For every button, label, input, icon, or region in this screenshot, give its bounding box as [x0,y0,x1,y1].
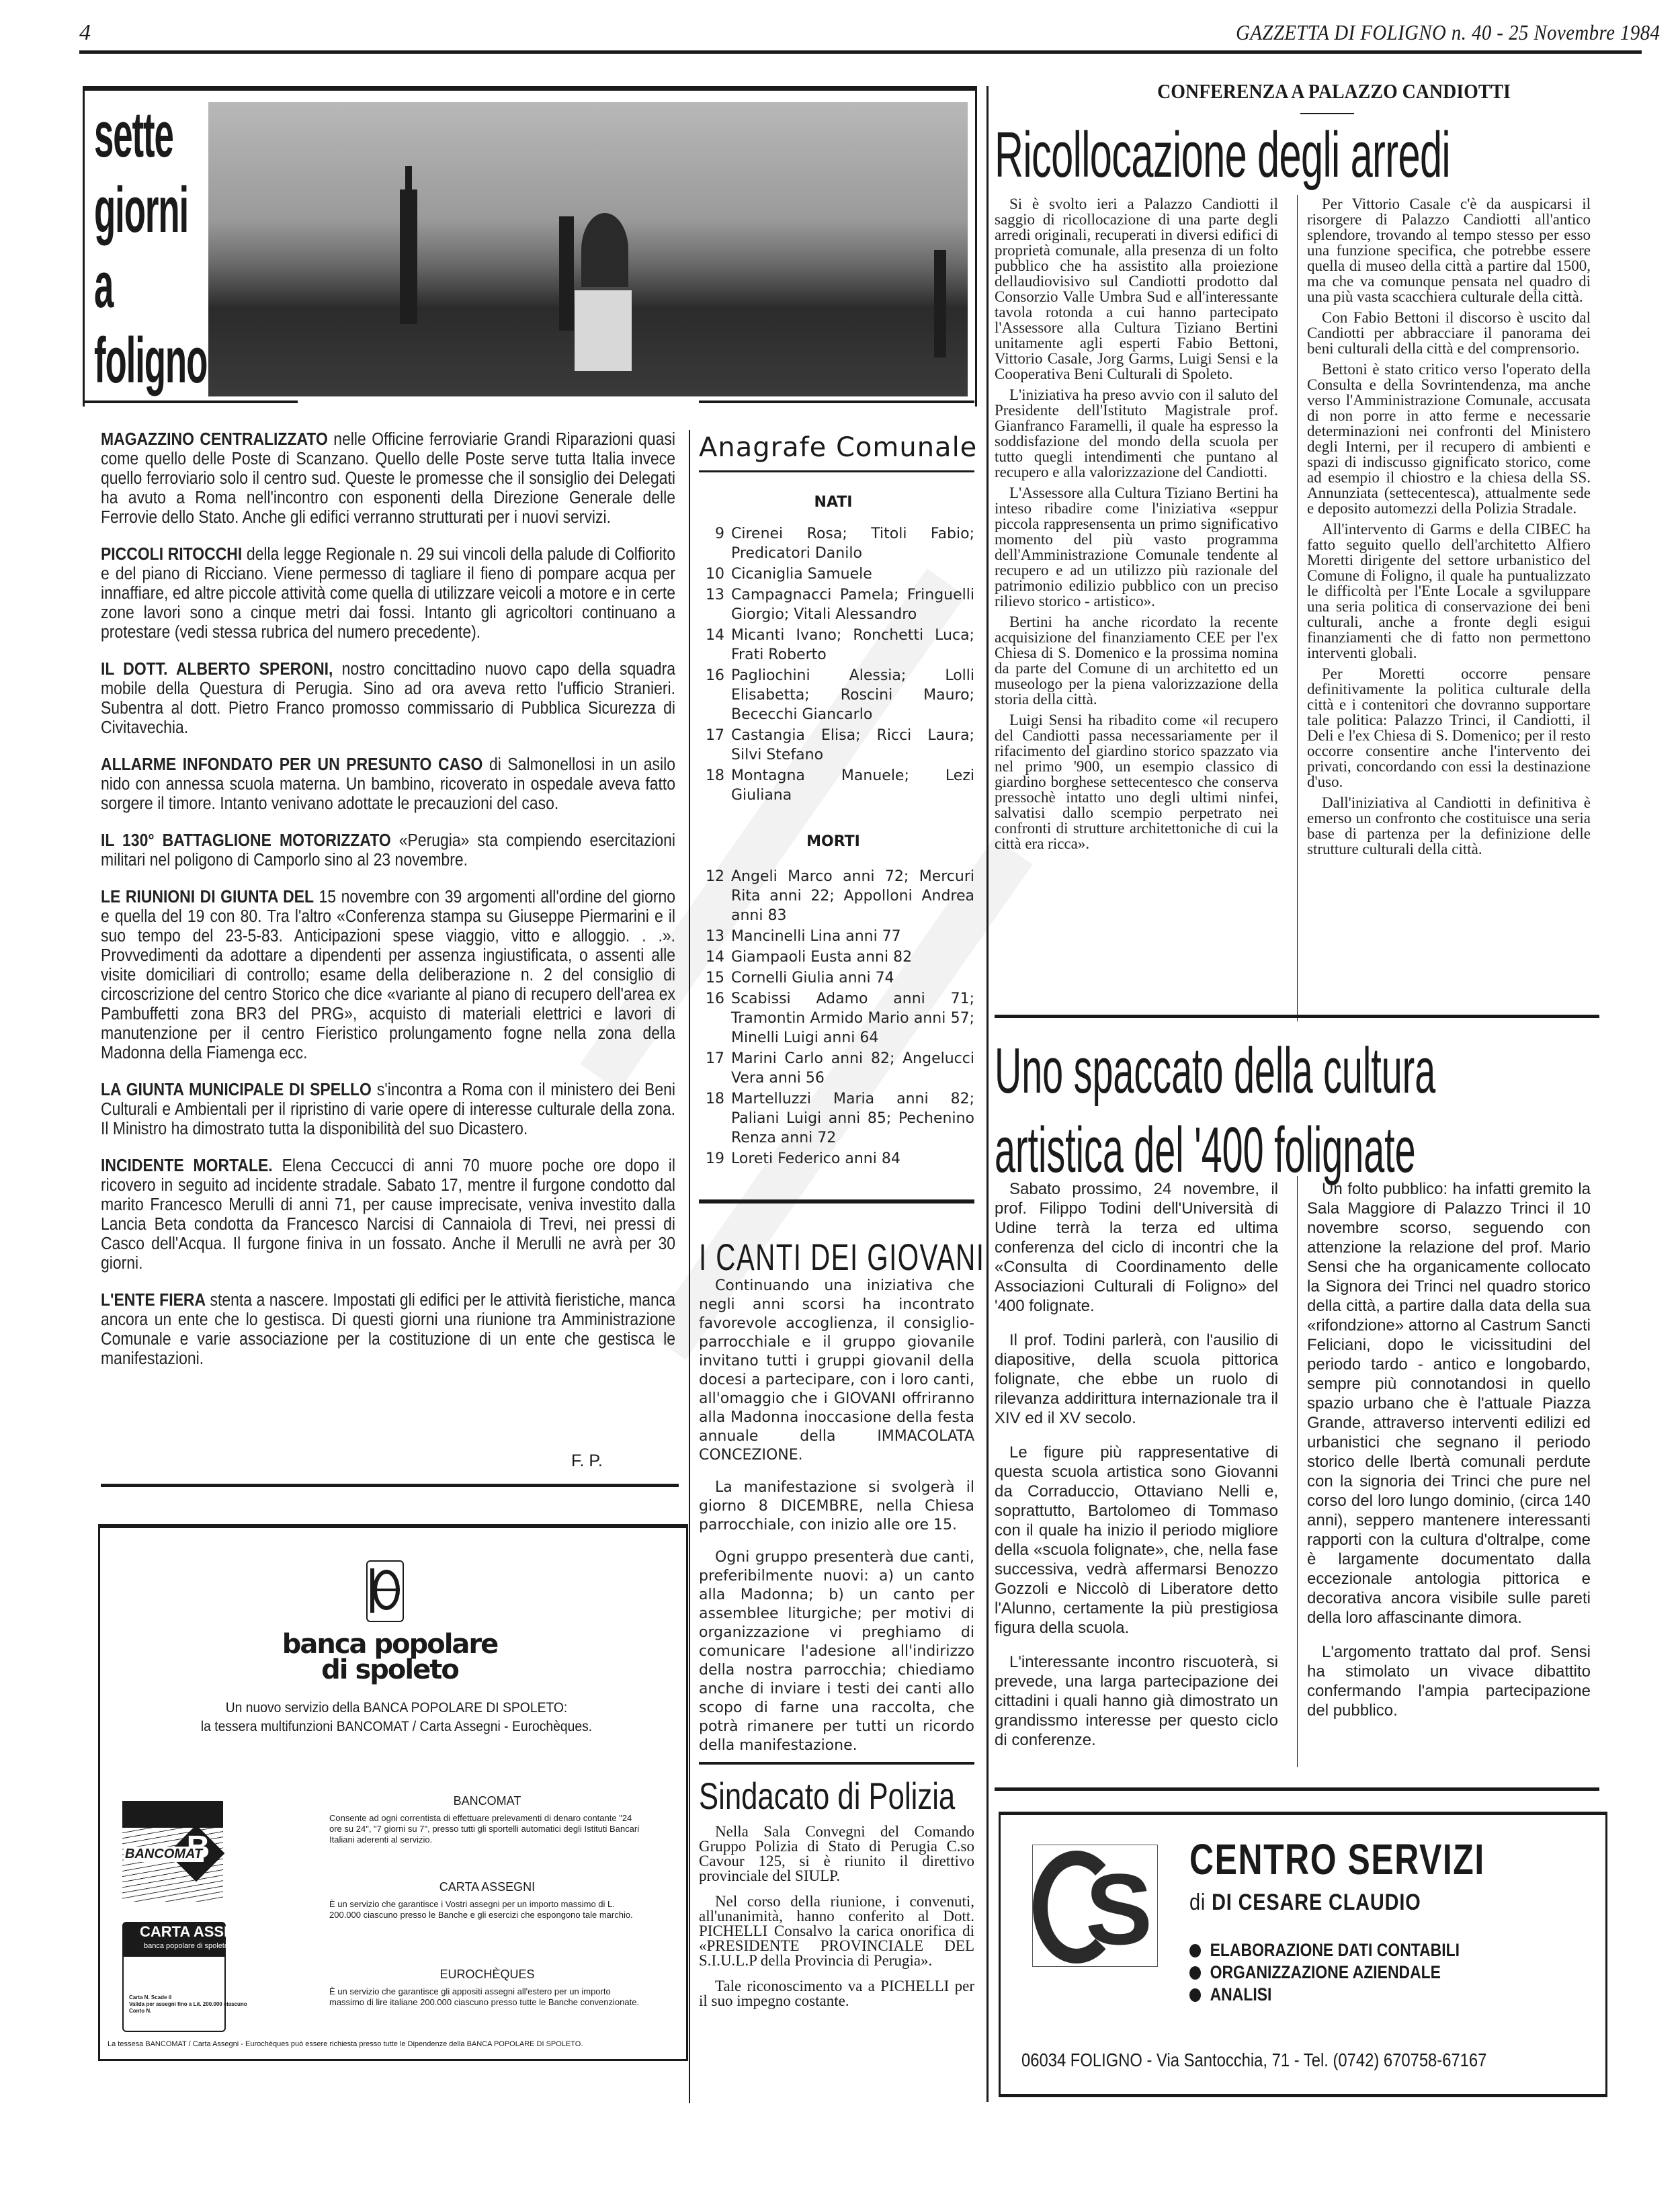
box-rule [83,400,298,403]
list-item: 15Cornelli Giulia anni 74 [699,968,974,988]
list-item: 12Angeli Marco anni 72; Mercuri Rita ann… [699,867,974,925]
publication-dateline: GAZZETTA DI FOLIGNO n. 40 - 25 Novembre … [1236,20,1660,45]
card-band [122,1801,223,1828]
morti-heading: MORTI [692,833,974,850]
arredi-col-2: Per Vittorio Casale c'è da auspicarsi il… [1307,196,1591,862]
bank-name: banca popolare di spoleto [202,1632,578,1683]
list-item: 9Cirenei Rosa; Titoli Fabio; Predicatori… [699,524,974,563]
arredi-col-1: Si è svolto ieri a Palazzo Candiotti il … [995,196,1278,857]
list-item: 18Martelluzzi Maria anni 82; Paliani Lui… [699,1089,974,1148]
list-item: ELABORAZIONE DATI CONTABILI [1189,1939,1460,1961]
list-item: 17Marini Carlo anni 82; Angelucci Vera a… [699,1049,974,1088]
bank-footer-text: La tessesa BANCOMAT / Carta Assegni - Eu… [108,2040,679,2048]
list-item: 14Giampaoli Eusta anni 82 [699,947,974,967]
nati-heading: NATI [692,494,974,511]
cs-services-list: ELABORAZIONE DATI CONTABILI ORGANIZZAZIO… [1189,1939,1460,2006]
box-rule [699,400,974,403]
cs-title: CENTRO SERVIZI [1189,1834,1485,1884]
section-rule [995,1787,1599,1791]
spaccato-col-2: Un folto pubblico: ha infatti gremito la… [1307,1179,1591,1735]
section-rule [995,1015,1599,1018]
news-item: IL 130° BATTAGLIONE MOTORIZZATO «Perugia… [101,831,675,870]
page-number: 4 [79,20,91,46]
news-item: MAGAZZINO CENTRALIZZATO nelle Officine f… [101,430,675,527]
bank-section-carta-assegni: CARTA ASSEGNIÈ un servizio che garantisc… [329,1882,645,1920]
list-item: 16Pagliochini Alessia; Lolli Elisabetta;… [699,666,974,724]
bullet-icon [1189,1988,1201,2002]
list-item: 18Montagna Manuele; Lezi Giuliana [699,766,974,805]
bank-service-text: Un nuovo servizio della BANCA POPOLARE D… [130,1699,662,1736]
bullet-icon [1189,1966,1201,1980]
bancomat-card-label: BANCOMAT [124,1847,204,1862]
foligno-skyline-photo [208,102,968,396]
section-rule [699,1199,974,1203]
news-item: LE RIUNIONI DI GIUNTA DEL 15 novembre co… [101,888,675,1063]
column-divider [1297,1176,1298,1767]
section-title-sette-giorni: sette giorni a foligno [94,97,165,398]
sindacato-article-body: Nella Sala Convegni del Comando Gruppo P… [699,1824,974,2019]
header-rule [79,50,1642,54]
column-divider [689,430,690,2103]
carta-card-fields: Carta N. Scade il Valida per assegni fin… [129,1994,247,2015]
spaccato-col-1: Sabato prossimo, 24 novembre, il prof. F… [995,1179,1278,1765]
list-item: 10Cicaniglia Samuele [699,564,974,584]
list-item: 16Scabissi Adamo anni 71; Tramontin Armi… [699,989,974,1048]
news-item: INCIDENTE MORTALE. Elena Ceccucci di ann… [101,1156,675,1273]
news-item: ALLARME INFONDATO PER UN PRESUNTO CASO d… [101,755,675,814]
bank-section-eurocheques: EUROCHÈQUESÈ un servizio che garantisce … [329,1969,645,2008]
bank-section-bancomat: BANCOMATConsente ad ogni correntista di … [329,1796,645,1845]
news-item: L'ENTE FIERA stenta a nascere. Impostati… [101,1291,675,1369]
news-item: LA GIUNTA MUNICIPALE DI SPELLO s'incontr… [101,1081,675,1139]
section-rule [699,1762,974,1765]
sindacato-headline: Sindacato di Polizia [699,1774,955,1818]
column-divider [986,86,989,2102]
canti-article-body: Continuando una iniziativa che negli ann… [699,1277,974,1769]
title-underline [699,470,974,472]
carta-card-sub: banca popolare di spoleto [144,1942,228,1950]
news-item: PICCOLI RITOCCHI della legge Regionale n… [101,545,675,642]
bank-logo-icon [366,1560,404,1622]
article-kicker: CONFERENZA A PALAZZO CANDIOTTI [1023,79,1646,103]
kicker-rule [1300,113,1354,114]
list-item: ANALISI [1189,1984,1460,2006]
list-item: 19Loreti Federico anni 84 [699,1149,974,1169]
column-divider [1297,195,1298,1021]
list-item: 14Micanti Ivano; Ronchetti Luca; Frati R… [699,626,974,665]
cs-address: 06034 FOLIGNO - Via Santocchia, 71 - Tel… [1021,2050,1486,2071]
article-headline-spaccato: Uno spaccato della cultura artistica del… [995,1031,1435,1190]
list-item: 17Castangia Elisa; Ricci Laura; Silvi St… [699,726,974,765]
bullet-icon [1189,1944,1201,1957]
author-signature: F. P. [571,1451,603,1471]
anagrafe-title: Anagrafe Comunale [699,432,977,463]
list-item: ORGANIZZAZIONE AZIENDALE [1189,1961,1460,1984]
carta-card-title: CARTA ASSEGNI [140,1923,260,1941]
section-rule [101,1484,679,1487]
nati-list: 9Cirenei Rosa; Titoli Fabio; Predicatori… [699,524,974,806]
list-item: 13Mancinelli Lina anni 77 [699,927,974,946]
article-headline-arredi: Ricollocazione degli arredi [995,118,1450,192]
cs-owner: di DI CESARE CLAUDIO [1189,1890,1421,1916]
canti-headline: I CANTI DEI GIOVANI [699,1235,984,1279]
cs-logo-icon: S [1032,1845,1158,1967]
morti-list: 12Angeli Marco anni 72; Mercuri Rita ann… [699,867,974,1170]
list-item: 13Campagnacci Pamela; Fringuelli Giorgio… [699,585,974,624]
sette-giorni-news: MAGAZZINO CENTRALIZZATO nelle Officine f… [101,430,675,1386]
news-item: IL DOTT. ALBERTO SPERONI, nostro concitt… [101,660,675,738]
